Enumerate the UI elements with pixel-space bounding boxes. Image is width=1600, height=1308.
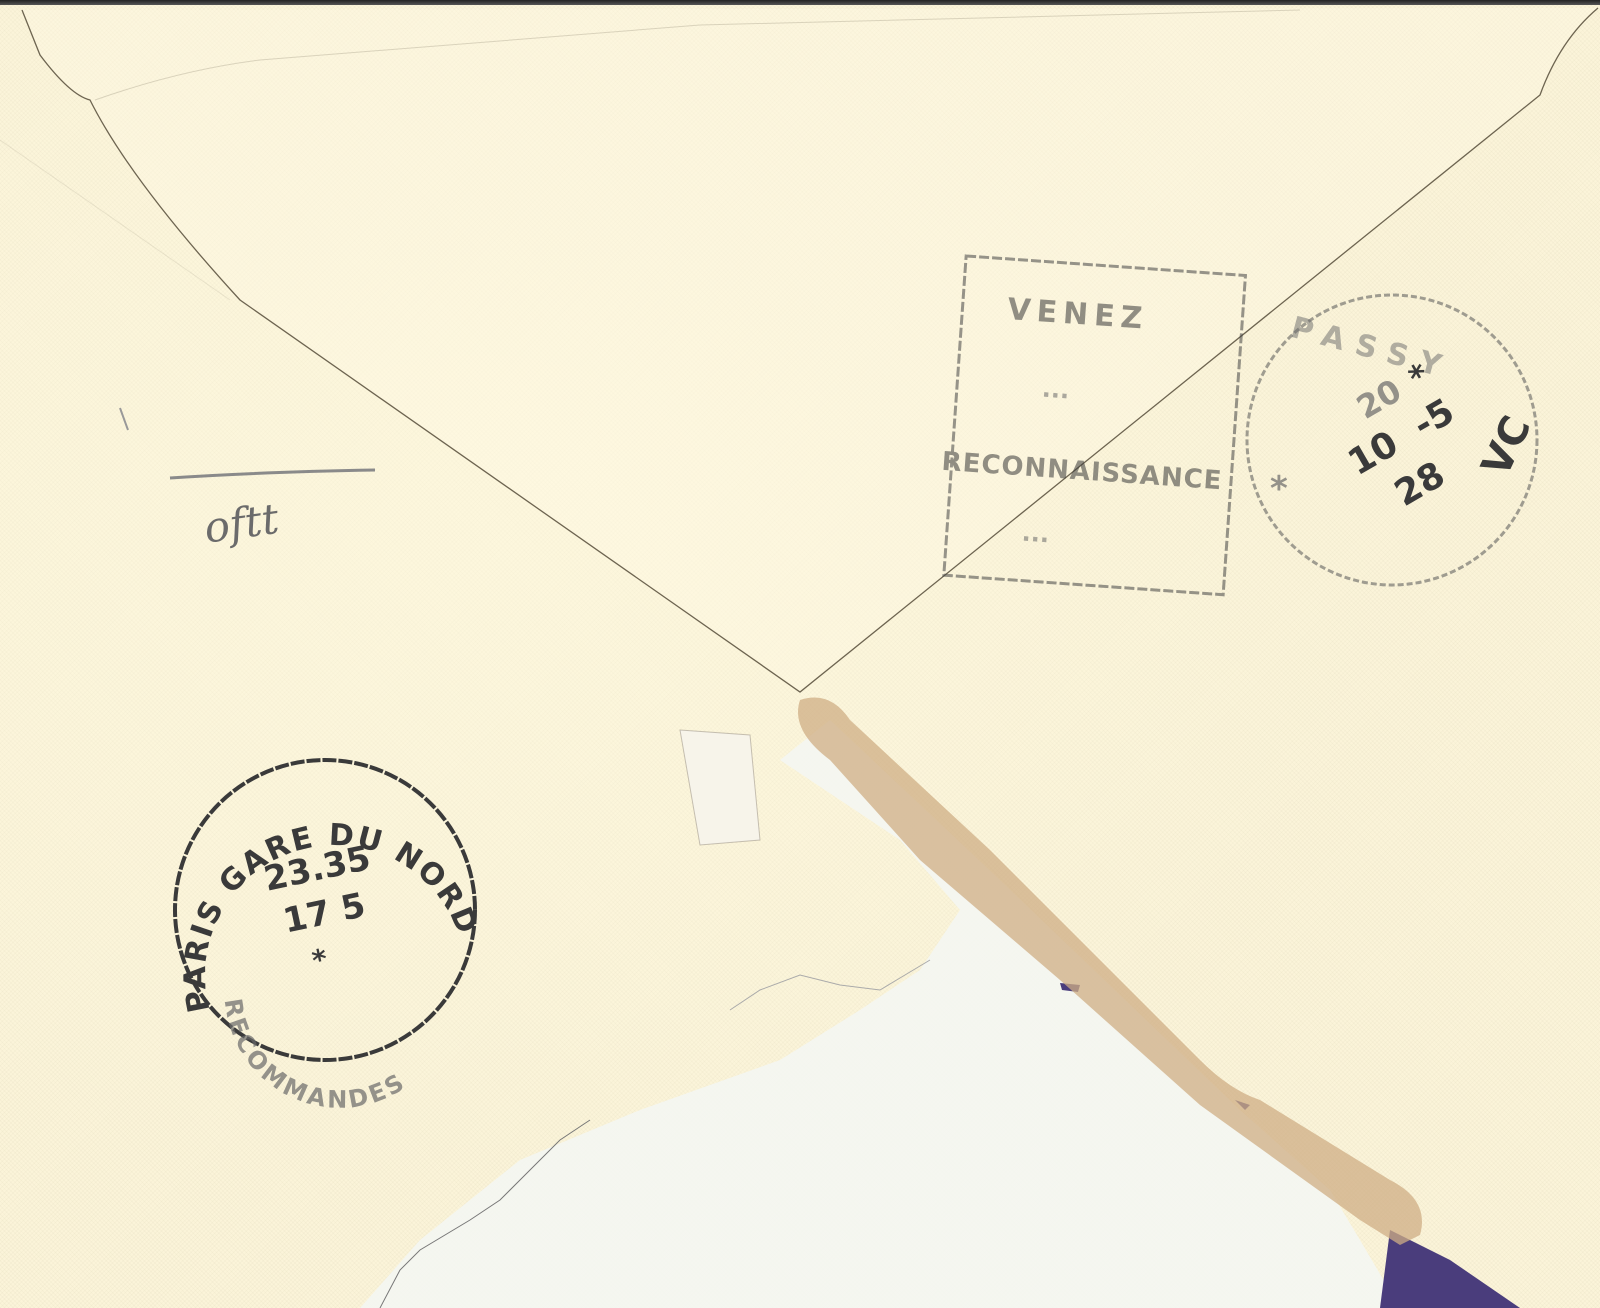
pencil-rule [170,470,375,478]
pencil-annotations: oftt [0,0,1600,1308]
envelope-scan: VENEZ ... RECONNAISSANCE ... PASSY 20 * … [0,0,1600,1308]
pencil-mark: oftt [201,494,282,553]
